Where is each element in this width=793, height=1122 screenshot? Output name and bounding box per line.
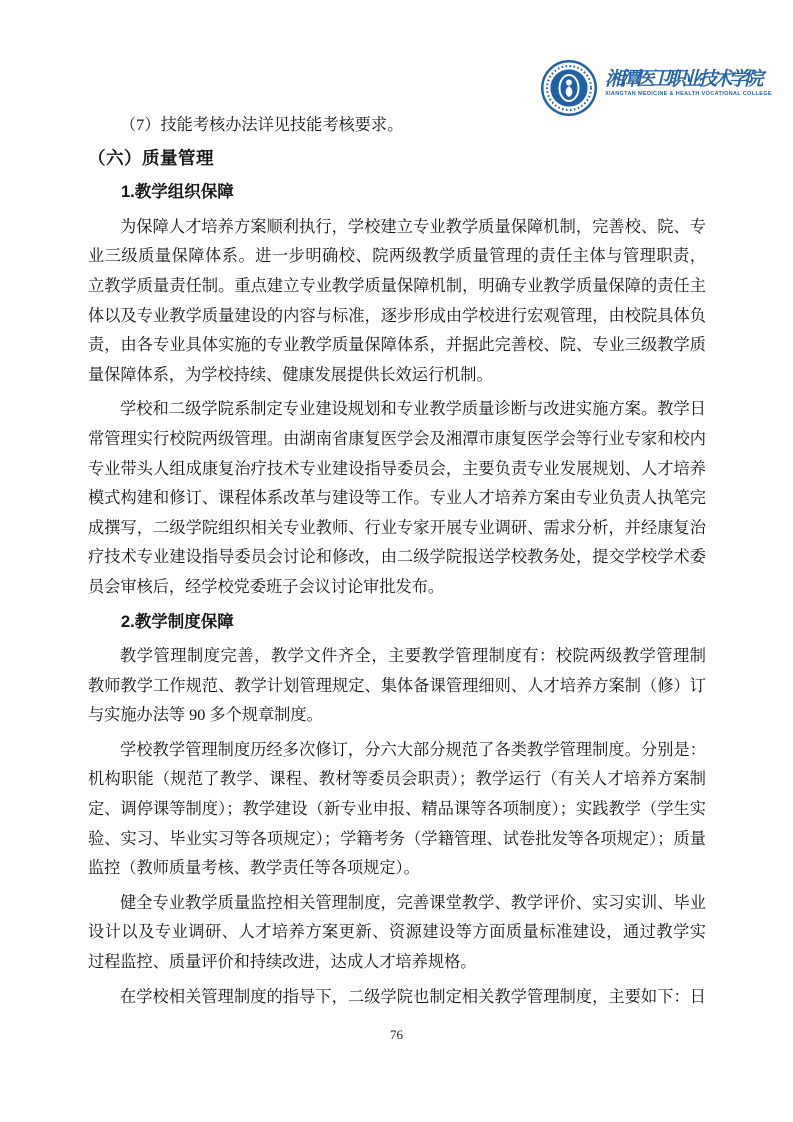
text-line: 教师教学工作规范、教学计划管理规定、集体备课管理细则、人才培养方案制（修）订 (88, 672, 706, 702)
paragraph: 学校教学管理制度历经多次修订，分六大部分规范了各类教学管理制度。分别是：机构职能… (88, 736, 706, 884)
section-heading: （六）质量管理 (88, 144, 706, 174)
college-name-zh: 湘潭医卫职业技术学院 (605, 69, 772, 89)
text-line: 定、调停课等制度）；教学建设（新专业申报、精品课等各项制度）；实践教学（学生实 (88, 795, 706, 825)
paragraph: 为保障人才培养方案顺利执行，学校建立专业教学质量保障机制，完善校、院、专业三级质… (88, 213, 706, 391)
body-text-line: （7）技能考核办法详见技能考核要求。 (88, 111, 706, 141)
college-name-en: XIANGTAN MEDICINE & HEALTH VOCATIONAL CO… (605, 91, 772, 98)
text-line: 健全专业教学质量监控相关管理制度，完善课堂教学、教学评价、实习实训、毕业 (88, 889, 706, 919)
text-line: 责，由各专业具体实施的专业教学质量保障体系，并据此完善校、院、专业三级教学质 (88, 331, 706, 361)
college-seal-icon (540, 59, 598, 117)
college-name-block: 湘潭医卫职业技术学院 XIANGTAN MEDICINE & HEALTH VO… (605, 59, 772, 98)
text-line: 过程监控、质量评价和持续改进，达成人才培养规格。 (88, 948, 706, 978)
text-line: 成撰写，二级学院组织相关专业教师、行业专家开展专业调研、需求分析，并经康复治 (88, 514, 706, 544)
text-line: 专业带头人组成康复治疗技术专业建设指导委员会，主要负责专业发展规划、人才培养 (88, 455, 706, 485)
text-line: 与实施办法等 90 多个规章制度。 (88, 701, 706, 731)
paragraph: 在学校相关管理制度的指导下，二级学院也制定相关教学管理制度，主要如下：日 (88, 983, 706, 1013)
page-number: 76 (0, 1026, 793, 1044)
text-line: 教学管理制度完善，教学文件齐全，主要教学管理制度有：校院两级教学管理制度、 (88, 642, 706, 672)
subsection-heading: 2.教学制度保障 (88, 608, 706, 638)
text-line: 为保障人才培养方案顺利执行，学校建立专业教学质量保障机制，完善校、院、专 (88, 213, 706, 243)
text-line: 员会审核后，经学校党委班子会议讨论审批发布。 (88, 573, 706, 603)
text-line: 在学校相关管理制度的指导下，二级学院也制定相关教学管理制度，主要如下：日 (88, 983, 706, 1013)
text-line: 体以及专业教学质量建设的内容与标准，逐步形成由学校进行宏观管理，由校院具体负 (88, 302, 706, 332)
document-page: 湘潭医卫职业技术学院 XIANGTAN MEDICINE & HEALTH VO… (0, 0, 793, 1122)
text-line: 监控（教师质量考核、教学责任等各项规定）。 (88, 854, 706, 884)
document-body: （7）技能考核办法详见技能考核要求。（六）质量管理1.教学组织保障为保障人才培养… (88, 111, 706, 1012)
text-line: 疗技术专业建设指导委员会讨论和修改，由二级学院报送学校教务处，提交学校学术委 (88, 543, 706, 573)
text-line: 机构职能（规范了教学、课程、教材等委员会职责）；教学运行（有关人才培养方案制 (88, 765, 706, 795)
college-logo: 湘潭医卫职业技术学院 XIANGTAN MEDICINE & HEALTH VO… (540, 59, 772, 117)
paragraph: 健全专业教学质量监控相关管理制度，完善课堂教学、教学评价、实习实训、毕业设计以及… (88, 889, 706, 978)
subsection-heading: 1.教学组织保障 (88, 178, 706, 208)
text-line: 模式构建和修订、课程体系改革与建设等工作。专业人才培养方案由专业负责人执笔完 (88, 484, 706, 514)
text-line: 设计以及专业调研、人才培养方案更新、资源建设等方面质量标准建设，通过教学实施、 (88, 918, 706, 948)
text-line: 业三级质量保障体系。进一步明确校、院两级教学质量管理的责任主体与管理职责， 建 (88, 242, 706, 272)
text-line: 常管理实行校院两级管理。由湖南省康复医学会及湘潭市康复医学会等行业专家和校内 (88, 425, 706, 455)
paragraph: 学校和二级学院系制定专业建设规划和专业教学质量诊断与改进实施方案。教学日常管理实… (88, 395, 706, 602)
text-line: 量保障体系，为学校持续、健康发展提供长效运行机制。 (88, 361, 706, 391)
text-line: 学校和二级学院系制定专业建设规划和专业教学质量诊断与改进实施方案。教学日 (88, 395, 706, 425)
text-line: 立教学质量责任制。重点建立专业教学质量保障机制，明确专业教学质量保障的责任主 (88, 272, 706, 302)
text-line: 学校教学管理制度历经多次修订，分六大部分规范了各类教学管理制度。分别是： (88, 736, 706, 766)
text-line: 验、实习、毕业实习等各项规定）；学籍考务（学籍管理、试卷批发等各项规定）；质量 (88, 825, 706, 855)
paragraph: 教学管理制度完善，教学文件齐全，主要教学管理制度有：校院两级教学管理制度、教师教… (88, 642, 706, 731)
